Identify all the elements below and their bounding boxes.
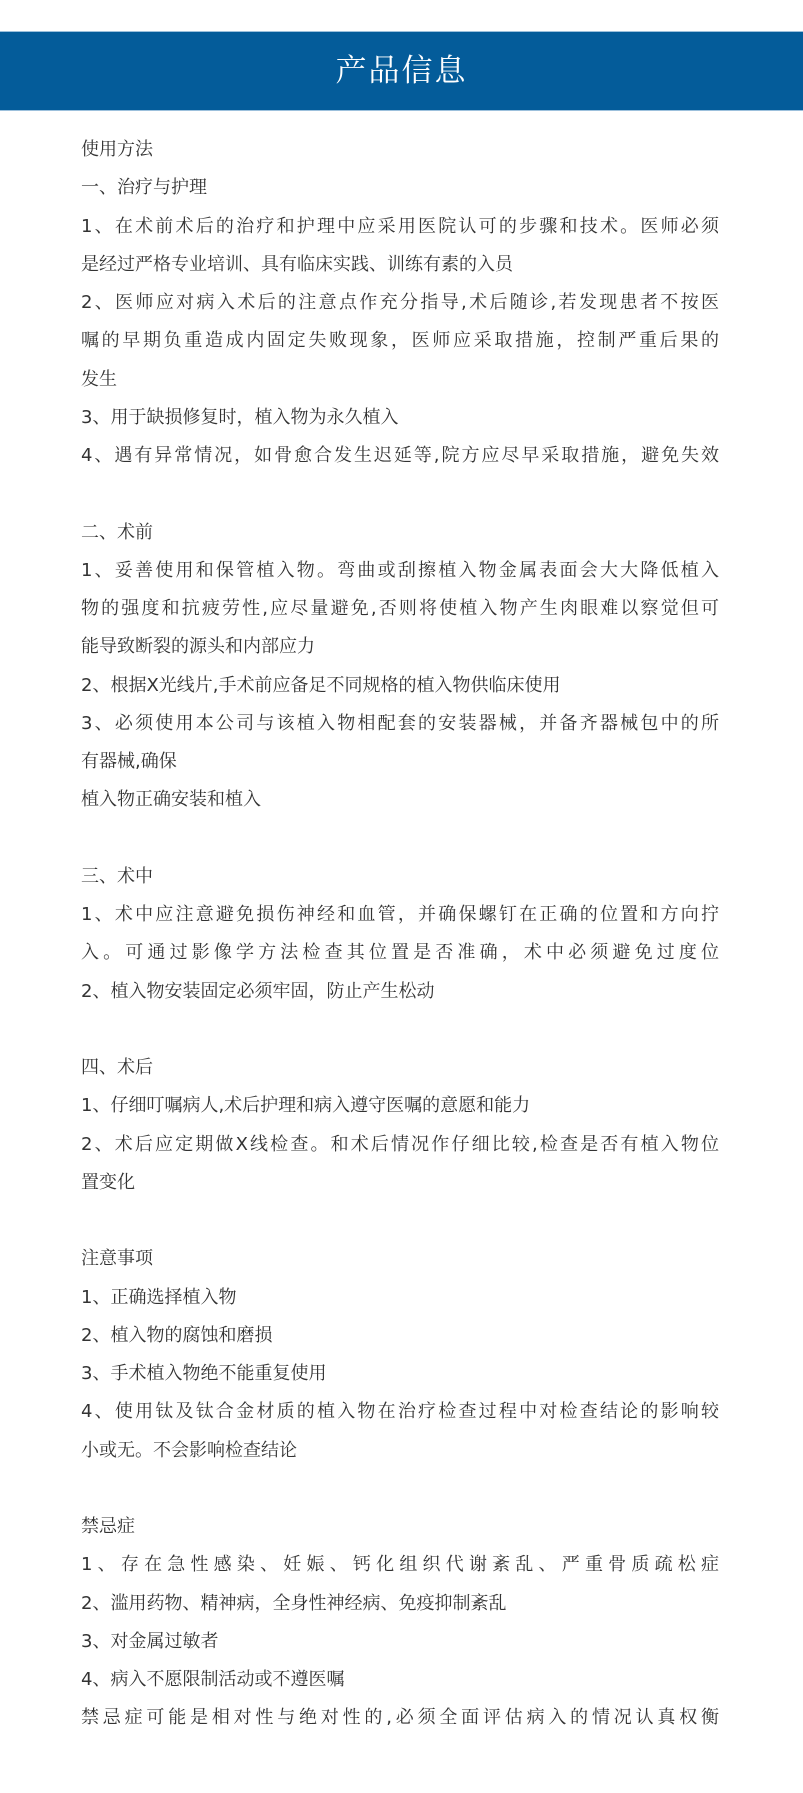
text-line: 物的强度和抗疲劳性,应尽量避免,否则将使植入物产生肉眼难以察觉但可	[81, 590, 719, 628]
text-line: 3、对金属过敏者	[81, 1623, 719, 1661]
text-line: 1、术中应注意避免损伤神经和血管，并确保螺钉在正确的位置和方向拧	[81, 896, 719, 934]
text-line: 2、医师应对病入术后的注意点作充分指导,术后随诊,若发现患者不按医	[81, 284, 719, 322]
text-line: 3、手术植入物绝不能重复使用	[81, 1355, 719, 1393]
text-line: 植入物正确安装和植入	[81, 781, 719, 819]
text-line: 1、在术前术后的治疗和护理中应采用医院认可的步骤和技术。医师必须	[81, 208, 719, 246]
blank-line	[81, 820, 719, 858]
section-heading-postoperative: 四、术后	[81, 1049, 719, 1087]
text-line: 是经过严格专业培训、具有临床实践、训练有素的入员	[81, 246, 719, 284]
blank-line	[81, 475, 719, 513]
text-line: 嘱的早期负重造成内固定失败现象，医师应采取措施，控制严重后果的	[81, 322, 719, 360]
section-heading-preoperative: 二、术前	[81, 514, 719, 552]
section-heading-precautions: 注意事项	[81, 1240, 719, 1278]
section-heading-treatment-care: 一、治疗与护理	[81, 169, 719, 207]
section-heading-intraoperative: 三、术中	[81, 858, 719, 896]
blank-line	[81, 1202, 719, 1240]
text-line: 3、必须使用本公司与该植入物相配套的安装器械，并备齐器械包中的所	[81, 705, 719, 743]
text-line: 2、滥用药物、精神病，全身性神经病、免疫抑制紊乱	[81, 1585, 719, 1623]
text-line: 能导致断裂的源头和内部应力	[81, 628, 719, 666]
text-line: 4、使用钛及钛合金材质的植入物在治疗检查过程中对检查结论的影响较	[81, 1393, 719, 1431]
text-line: 1、妥善使用和保管植入物。弯曲或刮擦植入物金属表面会大大降低植入	[81, 552, 719, 590]
blank-line	[81, 1011, 719, 1049]
product-info-content: 使用方法一、治疗与护理1、在术前术后的治疗和护理中应采用医院认可的步骤和技术。医…	[81, 131, 719, 1738]
text-line: 有器械,确保	[81, 743, 719, 781]
text-line: 2、根据X光线片,手术前应备足不同规格的植入物供临床使用	[81, 667, 719, 705]
page-title: 产品信息	[336, 56, 468, 87]
text-line: 1、仔细叮嘱病人,术后护理和病入遵守医嘱的意愿和能力	[81, 1087, 719, 1125]
text-line: 置变化	[81, 1164, 719, 1202]
blank-line	[81, 1470, 719, 1508]
text-line: 1、正确选择植入物	[81, 1279, 719, 1317]
section-heading-usage: 使用方法	[81, 131, 719, 169]
text-line: 禁忌症可能是相对性与绝对性的,必须全面评估病入的情况认真权衡	[81, 1699, 719, 1737]
text-line: 4、遇有异常情况，如骨愈合发生迟延等,院方应尽早采取措施，避免失效	[81, 437, 719, 475]
text-line: 2、术后应定期做X线检查。和术后情况作仔细比较,检查是否有植入物位	[81, 1126, 719, 1164]
text-line: 小或无。不会影响检查结论	[81, 1432, 719, 1470]
text-line: 4、病入不愿限制活动或不遵医嘱	[81, 1661, 719, 1699]
text-line: 入。可通过影像学方法检查其位置是否准确，术中必须避免过度位	[81, 934, 719, 972]
header-banner: 产品信息	[0, 31, 803, 111]
text-line: 3、用于缺损修复时，植入物为永久植入	[81, 399, 719, 437]
text-line: 发生	[81, 361, 719, 399]
text-line: 1、存在急性感染、妊娠、钙化组织代谢紊乱、严重骨质疏松症	[81, 1546, 719, 1584]
section-heading-contraindications: 禁忌症	[81, 1508, 719, 1546]
text-line: 2、植入物的腐蚀和磨损	[81, 1317, 719, 1355]
text-line: 2、植入物安装固定必须牢固，防止产生松动	[81, 973, 719, 1011]
